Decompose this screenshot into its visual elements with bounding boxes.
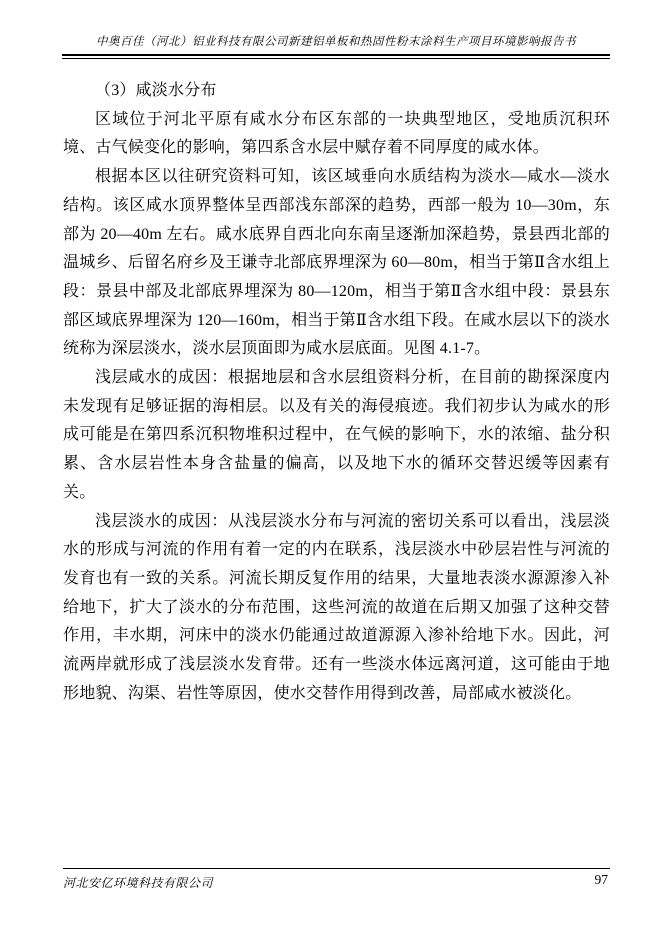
document-page: 中奥百佳（河北）铝业科技有限公司新建铝单板和热固性粉末涂料生产项目环境影响报告书… [0,0,665,933]
header-divider-rule [62,54,610,59]
page-body: （3）咸淡水分布 区域位于河北平原有咸水分布区东部的一块典型地区，受地质沉积环境… [63,77,610,708]
footer-page-number: 97 [595,872,609,888]
report-header-title: 中奥百佳（河北）铝业科技有限公司新建铝单板和热固性粉末涂料生产项目环境影响报告书 [62,0,610,49]
page-footer: 河北安亿环境科技有限公司 97 [63,868,610,869]
body-paragraph: 浅层淡水的成因：从浅层淡水分布与河流的密切关系可以看出，浅层淡水的形成与河流的作… [63,508,610,709]
section-heading: （3）咸淡水分布 [63,77,610,106]
body-paragraph: 区域位于河北平原有咸水分布区东部的一块典型地区，受地质沉积环境、古气候变化的影响… [63,106,610,163]
footer-company-name: 河北安亿环境科技有限公司 [63,874,213,891]
page-header: 中奥百佳（河北）铝业科技有限公司新建铝单板和热固性粉末涂料生产项目环境影响报告书 [62,0,610,59]
body-paragraph: 根据本区以往研究资料可知，该区域垂向水质结构为淡水—咸水—淡水结构。该区咸水顶界… [63,163,610,364]
body-paragraph: 浅层咸水的成因：根据地层和含水层组资料分析，在目前的勘探深度内未发现有足够证据的… [63,364,610,508]
